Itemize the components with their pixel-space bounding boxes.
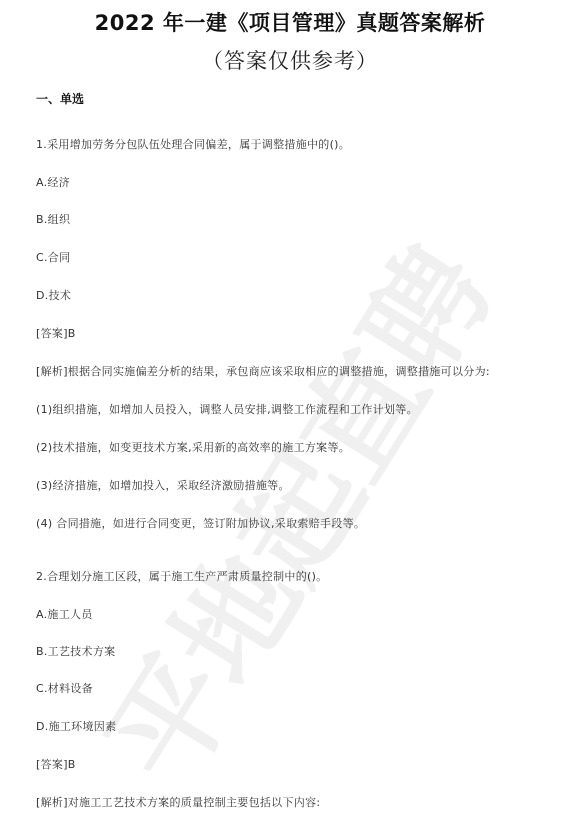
question-2-option-d: D.施工环境因素 [36,718,116,734]
question-2: 2.合理划分施工区段，属于施工生产严肃质量控制中的()。 [36,568,327,584]
question-1-analysis: [解析]根据合同实施偏差分析的结果，承包商应该采取相应的调整措施，调整措施可以分… [36,363,490,379]
question-1-option-d: D.技术 [36,287,71,303]
analysis-point-1: (1)组织措施，如增加人员投入，调整人员安排,调整工作流程和工作计划等。 [36,401,418,417]
question-2-option-c: C.材料设备 [36,680,93,696]
watermark: 平地起直聘 [60,211,524,811]
page-title: 2022 年一建《项目管理》真题答案解析 [0,7,580,37]
question-1-answer: [答案]B [36,325,76,341]
analysis-point-3: (3)经济措施，如增加投入，采取经济激励措施等。 [36,477,290,493]
analysis-point-2: (2)技术措施，如变更技术方案,采用新的高效率的施工方案等。 [36,439,350,455]
question-1-option-a: A.经济 [36,174,70,190]
analysis-point-4: (4) 合同措施，如进行合同变更，签订附加协议,采取索赔手段等。 [36,515,365,531]
question-2-option-a: A.施工人员 [36,606,93,622]
document-page: 平地起直聘 2022 年一建《项目管理》真题答案解析 （答案仅供参考） 一、单选… [0,0,580,817]
page-subtitle: （答案仅供参考） [0,45,580,75]
question-1-option-b: B.组织 [36,211,70,227]
question-2-answer: [答案]B [36,756,76,772]
question-1-option-c: C.合同 [36,249,70,265]
section-heading: 一、单选 [36,90,84,107]
question-1: 1.采用增加劳务分包队伍处理合同偏差，属于调整措施中的()。 [36,136,350,152]
question-2-option-b: B.工艺技术方案 [36,643,115,659]
question-2-analysis: [解析]对施工工艺技术方案的质量控制主要包括以下内容: [36,794,320,810]
